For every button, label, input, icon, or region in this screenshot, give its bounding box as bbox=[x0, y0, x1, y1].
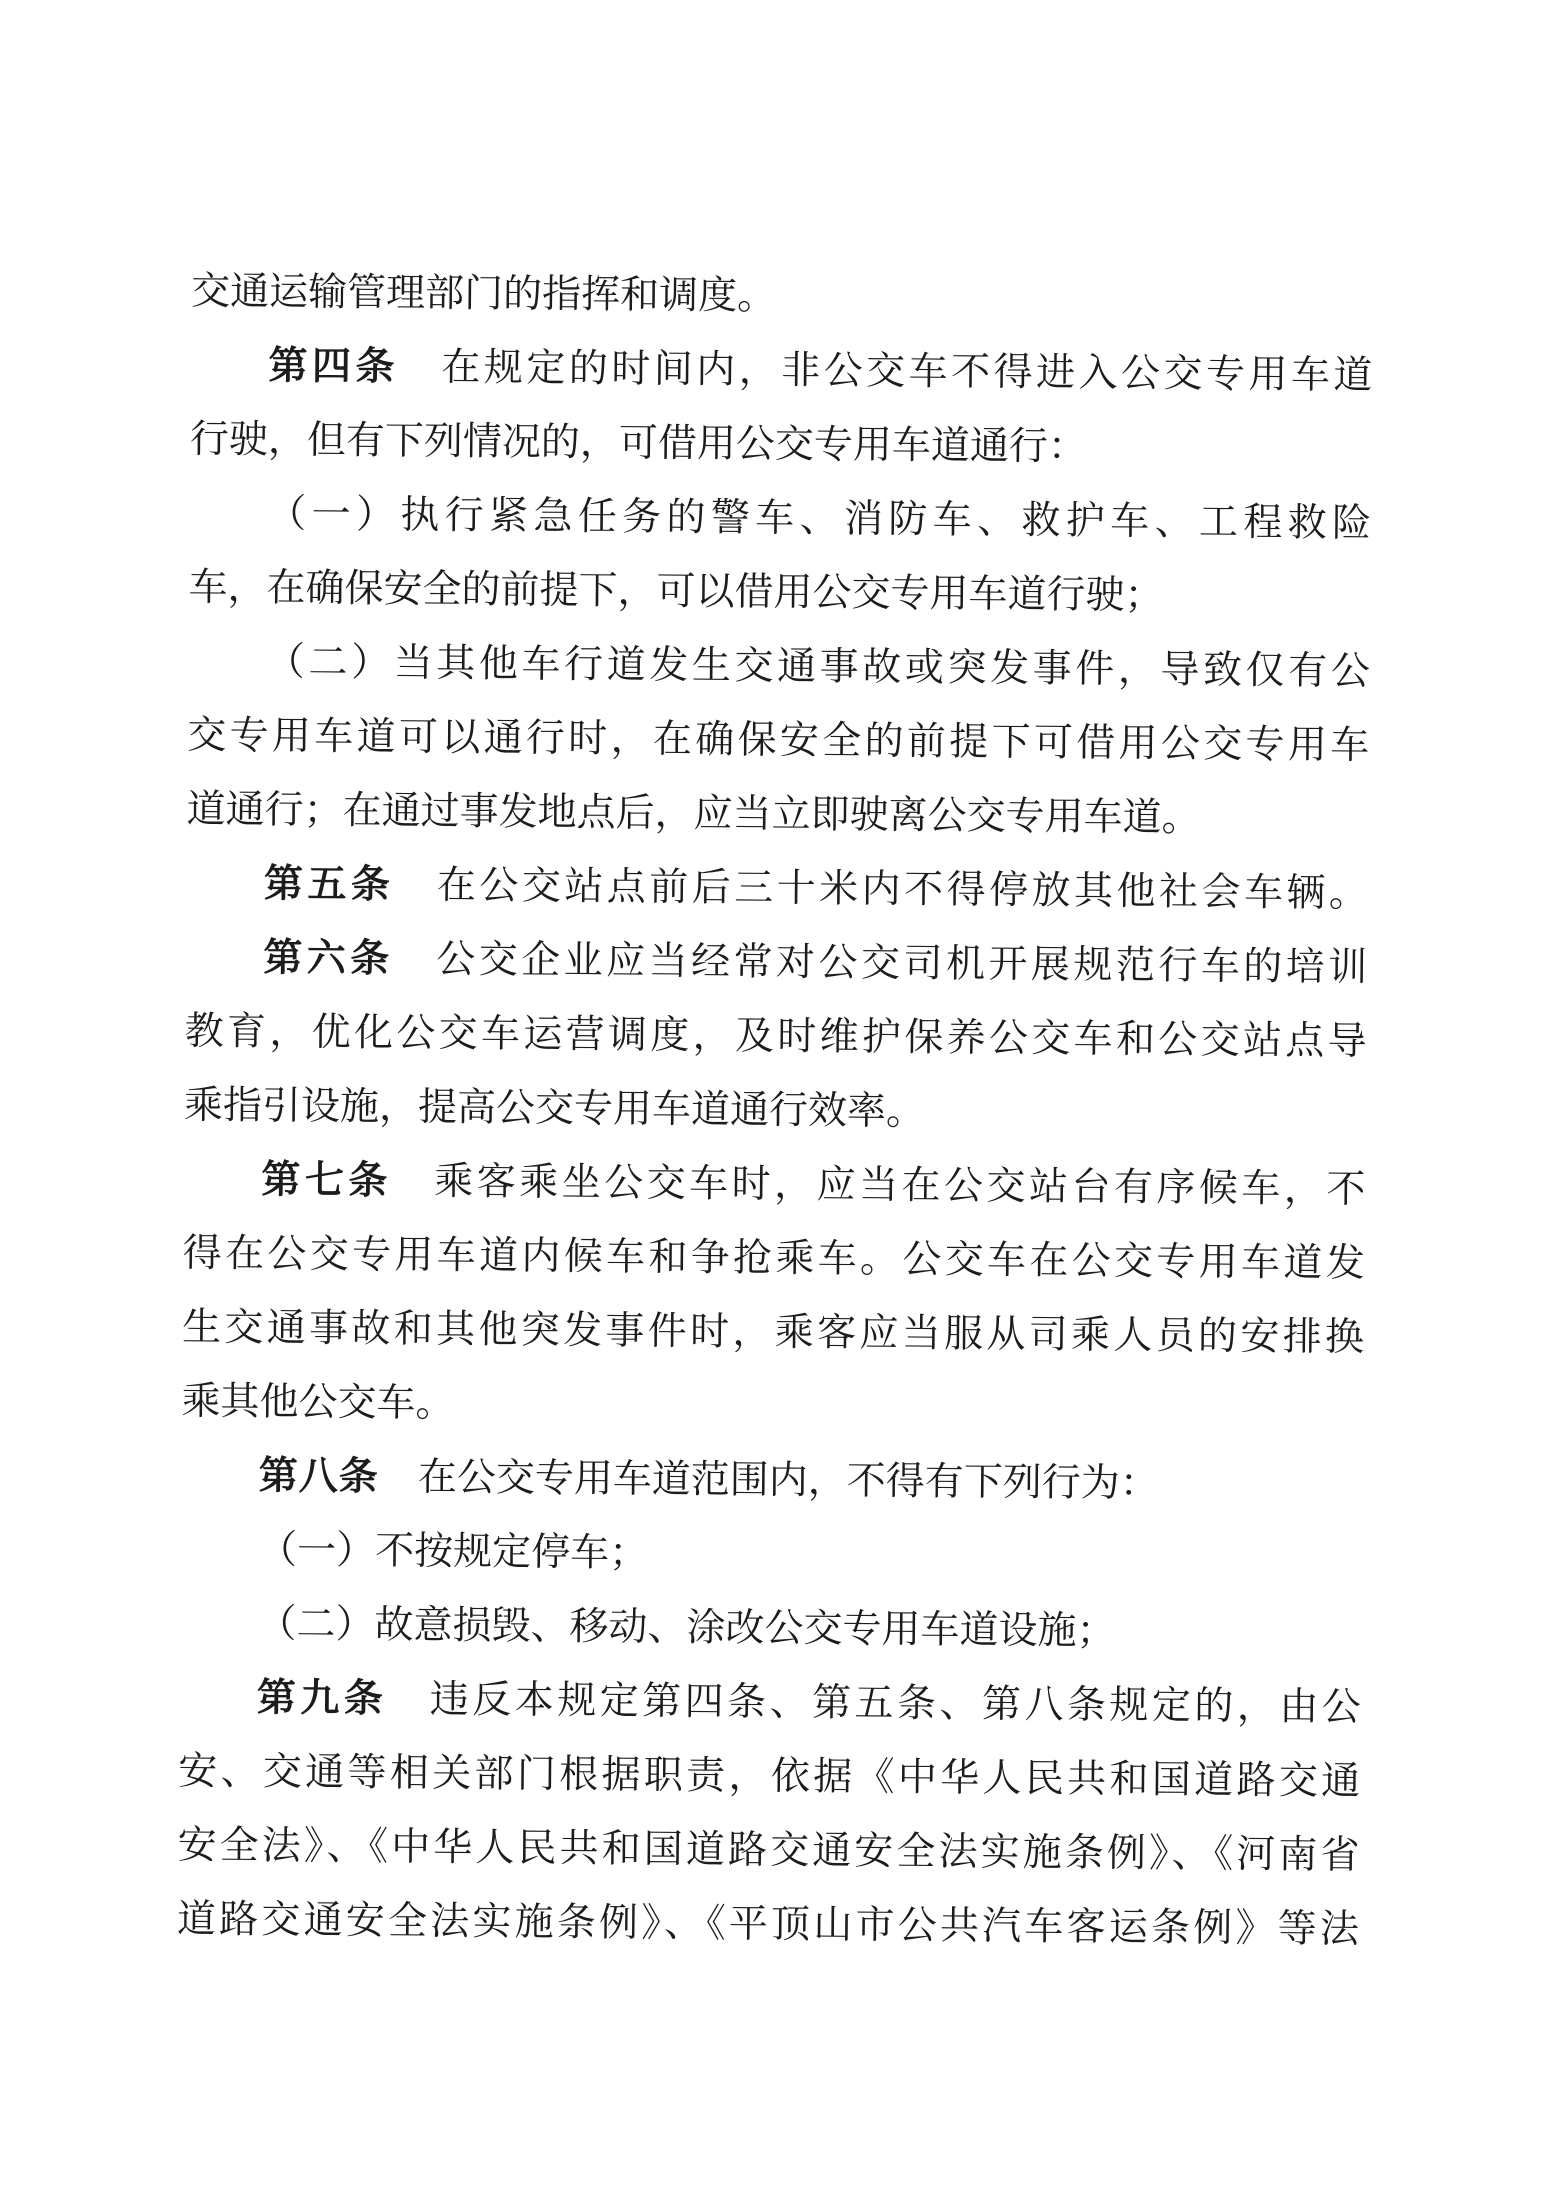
body-text: 乘指引设施，提高公交专用车道通行效率。 bbox=[184, 1084, 925, 1133]
text-line: 交通运输管理部门的指挥和调度。 bbox=[191, 255, 1374, 339]
text-line: 第四条 在规定的时间内，非公交车不得进入公交专用车道 bbox=[190, 329, 1373, 413]
body-text: （一）执行紧急任务的警车、消防车、救护车、工程救险 bbox=[267, 493, 1371, 546]
text-line: （一）执行紧急任务的警车、消防车、救护车、工程救险 bbox=[189, 477, 1372, 561]
text-line: 第七条 乘客乘坐公交车时，应当在公交站台有序候车，不 bbox=[183, 1143, 1366, 1227]
body-text: 乘其他公交车。 bbox=[181, 1380, 454, 1425]
text-line: 得在公交专用车道内候车和争抢乘车。公交车在公交专用车道发 bbox=[182, 1217, 1365, 1301]
body-text: 在公交专用车道范围内，不得有下列行为： bbox=[379, 1456, 1159, 1506]
body-text: 在规定的时间内，非公交车不得进入公交专用车道 bbox=[399, 346, 1373, 397]
text-line: 第九条 违反本规定第四条、第五条、第八条规定的，由公 bbox=[179, 1661, 1362, 1745]
text-line: 道路交通安全法实施条例》、《平顶山市公共汽车客运条例》等法 bbox=[177, 1883, 1360, 1967]
body-text: 道路交通安全法实施条例》、《平顶山市公共汽车客运条例》等法 bbox=[177, 1898, 1359, 1951]
text-line: （一）不按规定停车； bbox=[180, 1513, 1363, 1597]
body-text: 安全法》、《中华人民共和国道路交通安全法实施条例》、《河南省 bbox=[177, 1824, 1359, 1877]
text-line: 行驶，但有下列情况的，可借用公交专用车道通行： bbox=[190, 403, 1373, 487]
body-text: 交专用车道可以通行时，在确保安全的前提下可借用公交专用车 bbox=[187, 714, 1369, 767]
body-text: 公交企业应当经常对公交司机开展规范行车的培训 bbox=[394, 938, 1368, 989]
text-block: 交通运输管理部门的指挥和调度。第四条 在规定的时间内，非公交车不得进入公交专用车… bbox=[177, 255, 1374, 1967]
text-line: 第五条 在公交站点前后三十米内不得停放其他社会车辆。 bbox=[186, 847, 1369, 931]
body-text: 道通行；在通过事发地点后，应当立即驶离公交专用车道。 bbox=[186, 788, 1200, 840]
article-number: 第六条 bbox=[263, 937, 394, 981]
body-text: 车，在确保安全的前提下，可以借用公交专用车道行驶； bbox=[188, 566, 1163, 618]
text-line: （二）当其他车行道发生交通事故或突发事件，导致仅有公 bbox=[188, 625, 1371, 709]
text-line: 教育，优化公交车运营调度，及时维护保养公交车和公交站点导 bbox=[184, 995, 1367, 1079]
body-text: 教育，优化公交车运营调度，及时维护保养公交车和公交站点导 bbox=[184, 1010, 1366, 1063]
body-text: （二）当其他车行道发生交通事故或突发事件，导致仅有公 bbox=[266, 641, 1370, 694]
body-text: 行驶，但有下列情况的，可借用公交专用车道通行： bbox=[190, 418, 1087, 469]
document-page: 交通运输管理部门的指挥和调度。第四条 在规定的时间内，非公交车不得进入公交专用车… bbox=[0, 0, 1548, 2203]
body-text: （二）故意损毁、移动、涂改公交专用车道设施； bbox=[257, 1603, 1115, 1653]
text-line: 安全法》、《中华人民共和国道路交通安全法实施条例》、《河南省 bbox=[177, 1809, 1360, 1893]
body-text: 安、交通等相关部门根据职责，依据《中华人民共和国道路交通 bbox=[178, 1750, 1360, 1803]
article-number: 第五条 bbox=[264, 863, 395, 907]
body-text: 交通运输管理部门的指挥和调度。 bbox=[191, 270, 776, 318]
body-text: 得在公交专用车道内候车和争抢乘车。公交车在公交专用车道发 bbox=[183, 1232, 1365, 1285]
body-text: （一）不按规定停车； bbox=[258, 1529, 648, 1575]
body-text: 生交通事故和其他突发事件时，乘客应当服从司乘人员的安排换 bbox=[182, 1306, 1364, 1359]
text-line: 交专用车道可以通行时，在确保安全的前提下可借用公交专用车 bbox=[187, 699, 1370, 783]
article-number: 第七条 bbox=[261, 1159, 392, 1203]
body-text: 乘客乘坐公交车时，应当在公交站台有序候车，不 bbox=[392, 1160, 1366, 1211]
text-line: 生交通事故和其他突发事件时，乘客应当服从司乘人员的安排换 bbox=[182, 1291, 1365, 1375]
text-line: 车，在确保安全的前提下，可以借用公交专用车道行驶； bbox=[188, 551, 1371, 635]
text-line: 乘指引设施，提高公交专用车道通行效率。 bbox=[184, 1069, 1367, 1153]
text-line: 第六条 公交企业应当经常对公交司机开展规范行车的培训 bbox=[185, 921, 1368, 1005]
text-line: 道通行；在通过事发地点后，应当立即驶离公交专用车道。 bbox=[186, 773, 1369, 857]
text-line: 第八条 在公交专用车道范围内，不得有下列行为： bbox=[180, 1439, 1363, 1523]
article-number: 第四条 bbox=[268, 345, 399, 389]
text-line: 乘其他公交车。 bbox=[181, 1365, 1364, 1449]
body-text: 在公交站点前后三十米内不得停放其他社会车辆。 bbox=[394, 864, 1368, 915]
article-number: 第九条 bbox=[257, 1677, 388, 1721]
text-line: （二）故意损毁、移动、涂改公交专用车道设施； bbox=[179, 1587, 1362, 1671]
article-number: 第八条 bbox=[259, 1455, 379, 1499]
text-line: 安、交通等相关部门根据职责，依据《中华人民共和国道路交通 bbox=[178, 1735, 1361, 1819]
body-text: 违反本规定第四条、第五条、第八条规定的，由公 bbox=[387, 1678, 1361, 1729]
